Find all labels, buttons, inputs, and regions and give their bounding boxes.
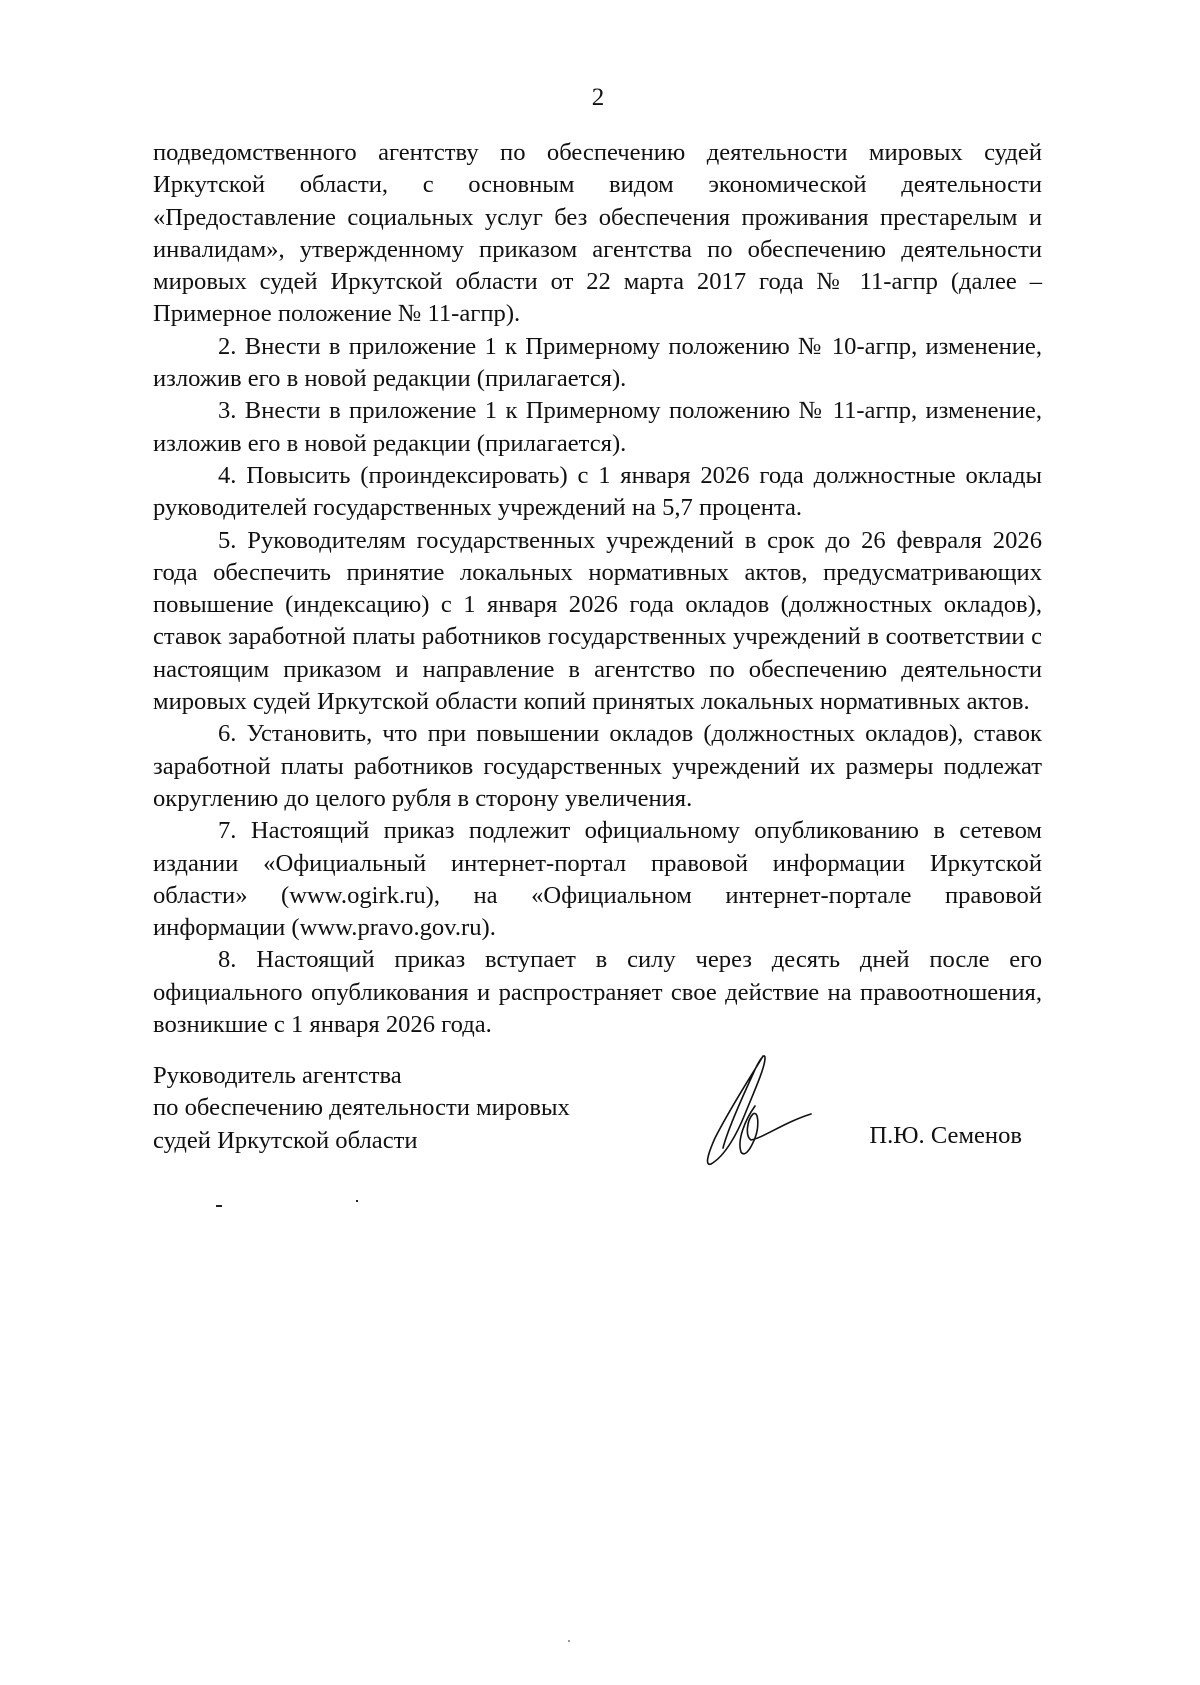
scan-artifact [216, 1205, 222, 1207]
signature-block: Руководитель агентства по обеспечению де… [153, 1060, 1042, 1180]
paragraph-1-continuation: подведомственного агентству по обеспечен… [153, 137, 1042, 331]
page-number: 2 [0, 84, 1196, 112]
paragraph-item-3: 3. Внести в приложение 1 к Примерному по… [153, 395, 1042, 460]
signatory-name: П.Ю. Семенов [869, 1122, 1022, 1150]
signatory-title-line-3: судей Иркутской области [153, 1125, 570, 1157]
paragraph-item-4: 4. Повысить (проиндексировать) с 1 январ… [153, 460, 1042, 525]
signatory-title: Руководитель агентства по обеспечению де… [153, 1060, 570, 1157]
paragraph-item-5: 5. Руководителям государственных учрежде… [153, 525, 1042, 719]
signatory-title-line-2: по обеспечению деятельности мировых [153, 1092, 570, 1124]
document-body: подведомственного агентству по обеспечен… [153, 137, 1042, 1041]
handwritten-signature-icon [693, 1048, 823, 1178]
paragraph-item-7: 7. Настоящий приказ подлежит официальном… [153, 815, 1042, 944]
scan-artifact [356, 1200, 358, 1202]
signatory-title-line-1: Руководитель агентства [153, 1060, 570, 1092]
paragraph-item-2: 2. Внести в приложение 1 к Примерному по… [153, 331, 1042, 396]
scan-artifact [568, 1640, 570, 1642]
paragraph-item-6: 6. Установить, что при повышении окладов… [153, 718, 1042, 815]
paragraph-item-8: 8. Настоящий приказ вступает в силу чере… [153, 944, 1042, 1041]
